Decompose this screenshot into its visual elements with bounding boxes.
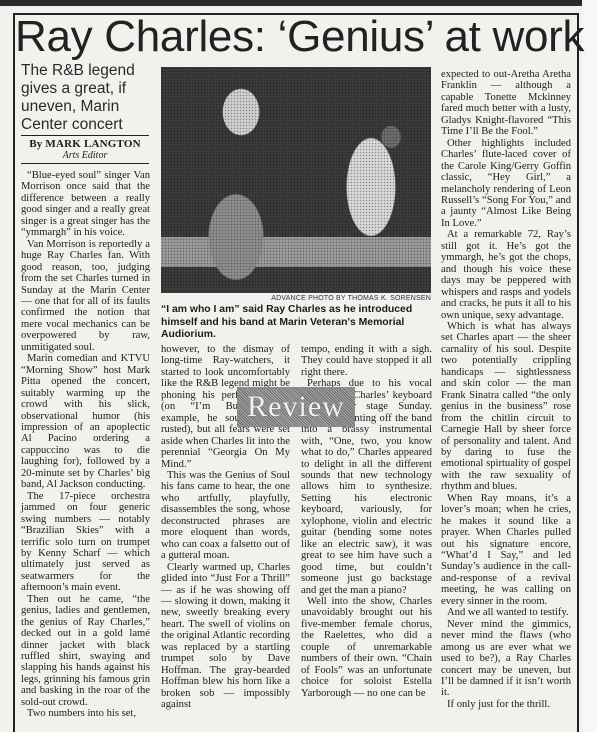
paragraph: The 17-piece orchestra jammed on four ge…: [21, 491, 150, 594]
paragraph: At a remarkable 72, Ray’s still got it. …: [441, 229, 571, 321]
paragraph: tempo, ending it with a sigh. They could…: [301, 344, 432, 378]
photo-credit: ADVANCE PHOTO BY THOMAS K. SORENSEN: [161, 294, 431, 303]
article-column-4: expected to out-Aretha Aretha Franklin —…: [441, 69, 571, 710]
article-column-1: “Blue-eyed soul” singer Van Morrison onc…: [21, 170, 150, 720]
paragraph: Clearly warmed up, Charles glided into “…: [161, 562, 290, 711]
paragraph: Well into the show, Charles unavoidably …: [301, 596, 432, 699]
deck-subheadline: The R&B legend gives a great, if uneven,…: [21, 62, 151, 134]
paragraph: Which is what has always set Charles apa…: [441, 321, 571, 493]
photo-caption: “I am who I am” said Ray Charles as he i…: [161, 304, 433, 342]
paragraph: If only just for the thrill.: [441, 699, 571, 710]
byline-rule-bottom: [21, 163, 149, 164]
top-scan-edge: [0, 0, 597, 6]
byline-rule-top: [21, 135, 149, 136]
byline-title: Arts Editor: [21, 150, 149, 162]
paragraph: Van Morrison is reportedly a huge Ray Ch…: [21, 239, 150, 354]
paragraph: Marin comedian and KTVU “Morning Show” h…: [21, 353, 150, 490]
paragraph: Two numbers into his set,: [21, 708, 150, 719]
review-label: Review: [247, 390, 345, 424]
paragraph: Other highlights included Charles’ flute…: [441, 138, 571, 230]
paragraph: And we all wanted to testify.: [441, 607, 571, 618]
page-margin: [582, 0, 597, 732]
paragraph: “Blue-eyed soul” singer Van Morrison onc…: [21, 170, 150, 239]
paragraph: Then out he came, “the genius, ladies an…: [21, 594, 150, 709]
paragraph: This was the Genius of Soul his fans cam…: [161, 470, 290, 562]
paragraph: When Ray moans, it’s a lover’s moan; whe…: [441, 493, 571, 608]
headline: Ray Charles: ‘Genius’ at work: [15, 14, 577, 60]
paragraph: Never mind the gimmics, never mind the f…: [441, 619, 571, 699]
review-label-box: Review: [237, 387, 355, 427]
paragraph: expected to out-Aretha Aretha Franklin —…: [441, 69, 571, 138]
concert-photo: [161, 67, 431, 293]
